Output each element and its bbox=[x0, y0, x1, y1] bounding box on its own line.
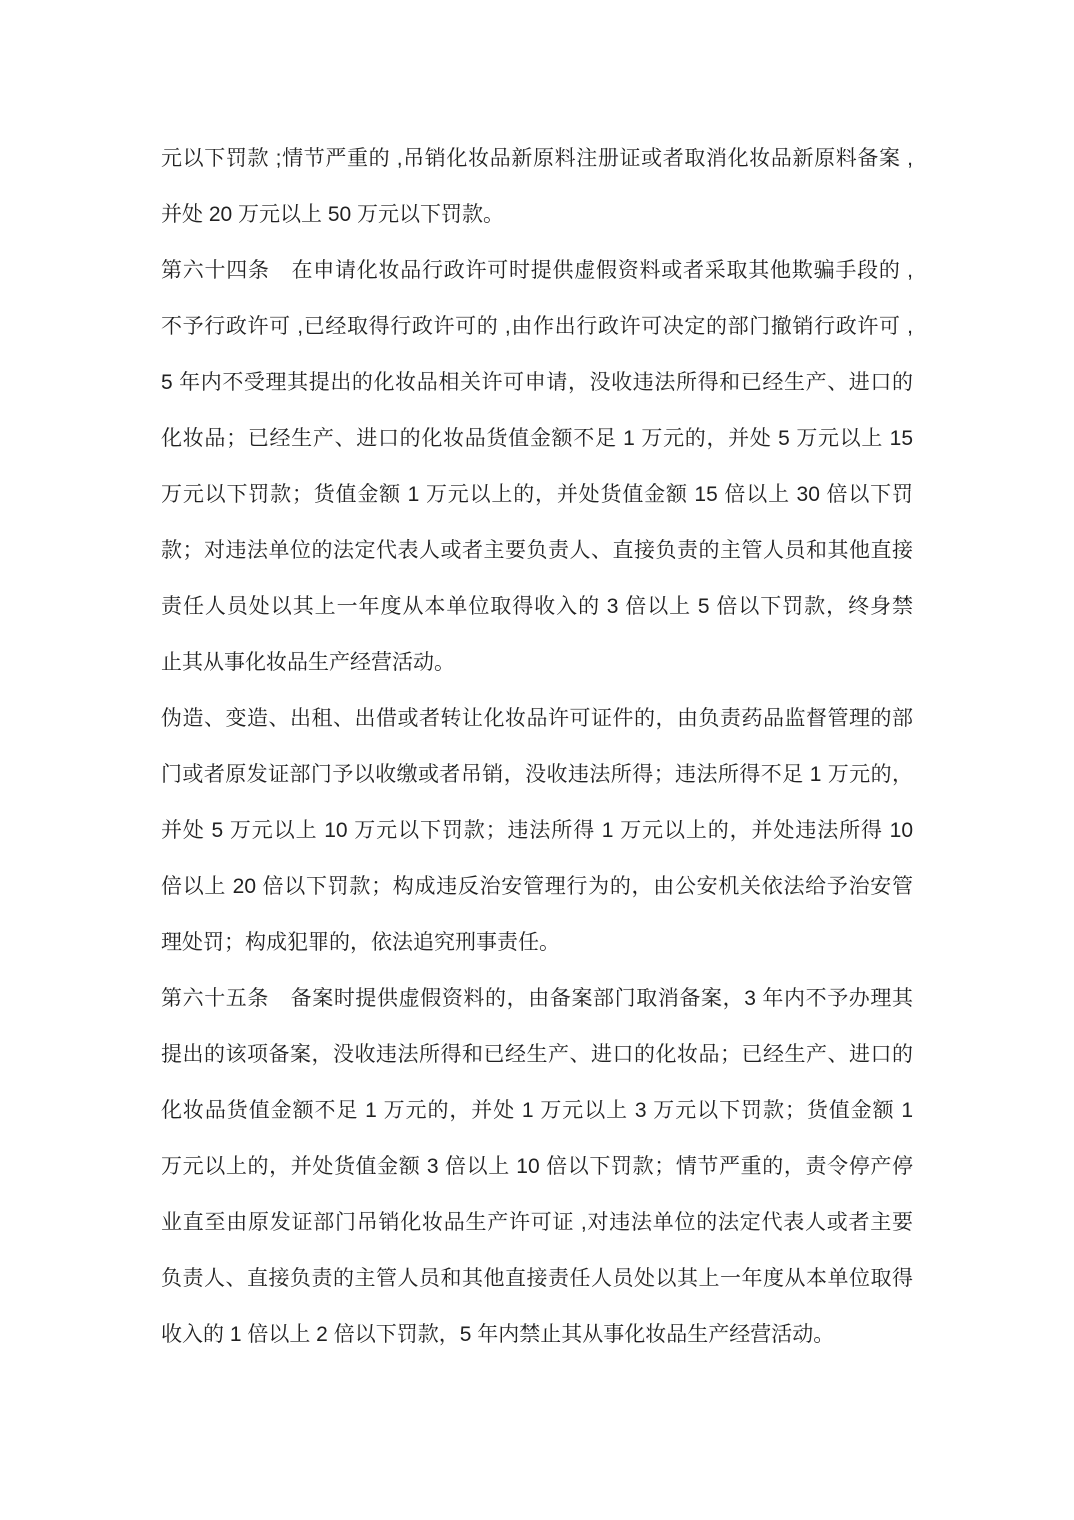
document-page: 元以下罚款 ;情节严重的 ,吊销化妆品新原料注册证或者取消化妆品新原料备案 , … bbox=[0, 0, 1074, 1520]
text-line: 提出的该项备案，没收违法所得和已经生产、进口的化妆品；已经生产、进口的 bbox=[161, 1027, 913, 1083]
text-line: 止其从事化妆品生产经营活动。 bbox=[161, 635, 913, 691]
text-line: 5 年内不受理其提出的化妆品相关许可申请，没收违法所得和已经生产、进口的 bbox=[161, 355, 913, 411]
paragraph-continuation: 元以下罚款 ;情节严重的 ,吊销化妆品新原料注册证或者取消化妆品新原料备案 , … bbox=[161, 131, 913, 243]
text-line: 万元以上的，并处货值金额 3 倍以上 10 倍以下罚款；情节严重的，责令停产停 bbox=[161, 1139, 913, 1195]
text-line: 业直至由原发证部门吊销化妆品生产许可证 ,对违法单位的法定代表人或者主要 bbox=[161, 1195, 913, 1251]
text-line: 不予行政许可 ,已经取得行政许可的 ,由作出行政许可决定的部门撤销行政许可 , bbox=[161, 299, 913, 355]
paragraph-article-65: 第六十五条 备案时提供虚假资料的，由备案部门取消备案，3 年内不予办理其 提出的… bbox=[161, 971, 913, 1363]
text-line: 万元以下罚款；货值金额 1 万元以上的，并处货值金额 15 倍以上 30 倍以下… bbox=[161, 467, 913, 523]
text-line: 元以下罚款 ;情节严重的 ,吊销化妆品新原料注册证或者取消化妆品新原料备案 , bbox=[161, 131, 913, 187]
text-line: 化妆品；已经生产、进口的化妆品货值金额不足 1 万元的，并处 5 万元以上 15 bbox=[161, 411, 913, 467]
paragraph-article-64-clause-2: 伪造、变造、出租、出借或者转让化妆品许可证件的，由负责药品监督管理的部 门或者原… bbox=[161, 691, 913, 971]
text-line: 收入的 1 倍以上 2 倍以下罚款，5 年内禁止其从事化妆品生产经营活动。 bbox=[161, 1307, 913, 1363]
paragraph-article-64: 第六十四条 在申请化妆品行政许可时提供虚假资料或者采取其他欺骗手段的 , 不予行… bbox=[161, 243, 913, 691]
text-line: 第六十四条 在申请化妆品行政许可时提供虚假资料或者采取其他欺骗手段的 , bbox=[161, 243, 913, 299]
text-line: 负责人、直接负责的主管人员和其他直接责任人员处以其上一年度从本单位取得 bbox=[161, 1251, 913, 1307]
document-text-block: 元以下罚款 ;情节严重的 ,吊销化妆品新原料注册证或者取消化妆品新原料备案 , … bbox=[161, 131, 913, 1363]
text-line: 责任人员处以其上一年度从本单位取得收入的 3 倍以上 5 倍以下罚款，终身禁 bbox=[161, 579, 913, 635]
text-line: 倍以上 20 倍以下罚款；构成违反治安管理行为的，由公安机关依法给予治安管 bbox=[161, 859, 913, 915]
text-line: 化妆品货值金额不足 1 万元的，并处 1 万元以上 3 万元以下罚款；货值金额 … bbox=[161, 1083, 913, 1139]
text-line: 并处 5 万元以上 10 万元以下罚款；违法所得 1 万元以上的，并处违法所得 … bbox=[161, 803, 913, 859]
text-line: 并处 20 万元以上 50 万元以下罚款。 bbox=[161, 187, 913, 243]
text-line: 理处罚；构成犯罪的，依法追究刑事责任。 bbox=[161, 915, 913, 971]
text-line: 款；对违法单位的法定代表人或者主要负责人、直接负责的主管人员和其他直接 bbox=[161, 523, 913, 579]
text-line: 伪造、变造、出租、出借或者转让化妆品许可证件的，由负责药品监督管理的部 bbox=[161, 691, 913, 747]
text-line: 门或者原发证部门予以收缴或者吊销，没收违法所得；违法所得不足 1 万元的， bbox=[161, 747, 913, 803]
text-line: 第六十五条 备案时提供虚假资料的，由备案部门取消备案，3 年内不予办理其 bbox=[161, 971, 913, 1027]
